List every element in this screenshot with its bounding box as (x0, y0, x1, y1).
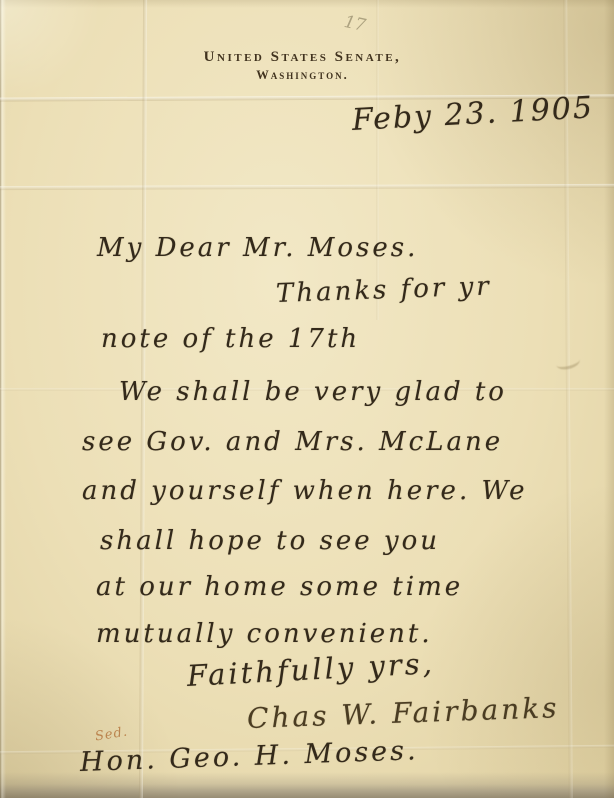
handwritten-body-line: note of the 17th (101, 324, 360, 354)
handwritten-body-line: Thanks for yr (275, 271, 492, 309)
handwritten-body-line: mutually convenient. (96, 619, 433, 649)
letterhead: United States Senate, Washington. (130, 49, 475, 83)
handwritten-closing: Faithfully yrs, (186, 646, 435, 693)
fold-crease-vertical-center (376, 0, 379, 320)
letterhead-city: Washington. (130, 68, 475, 83)
pencil-annotation-bottom: Sed. (94, 725, 129, 745)
handwritten-addressee: Hon. Geo. H. Moses. (79, 735, 419, 778)
fold-crease-horizontal-upper (0, 184, 614, 190)
handwritten-salutation: My Dear Mr. Moses. (97, 233, 418, 263)
handwritten-signature: Chas W. Fairbanks (246, 691, 560, 735)
letterhead-org-name: United States Senate, (130, 49, 475, 66)
handwritten-body-line: We shall be very glad to (119, 377, 507, 407)
handwritten-date: Feby 23. 1905 (351, 90, 595, 138)
handwritten-body-line: and yourself when here. We (82, 476, 527, 506)
pencil-annotation-top: 17 (342, 12, 367, 36)
faint-pencil-smudge (555, 353, 581, 371)
scanned-letter-page: 17 United States Senate, Washington. Feb… (0, 0, 614, 798)
handwritten-body-line: see Gov. and Mrs. McLane (82, 427, 503, 457)
handwritten-body-line: shall hope to see you (100, 526, 440, 556)
handwritten-body-line: at our home some time (96, 572, 463, 602)
